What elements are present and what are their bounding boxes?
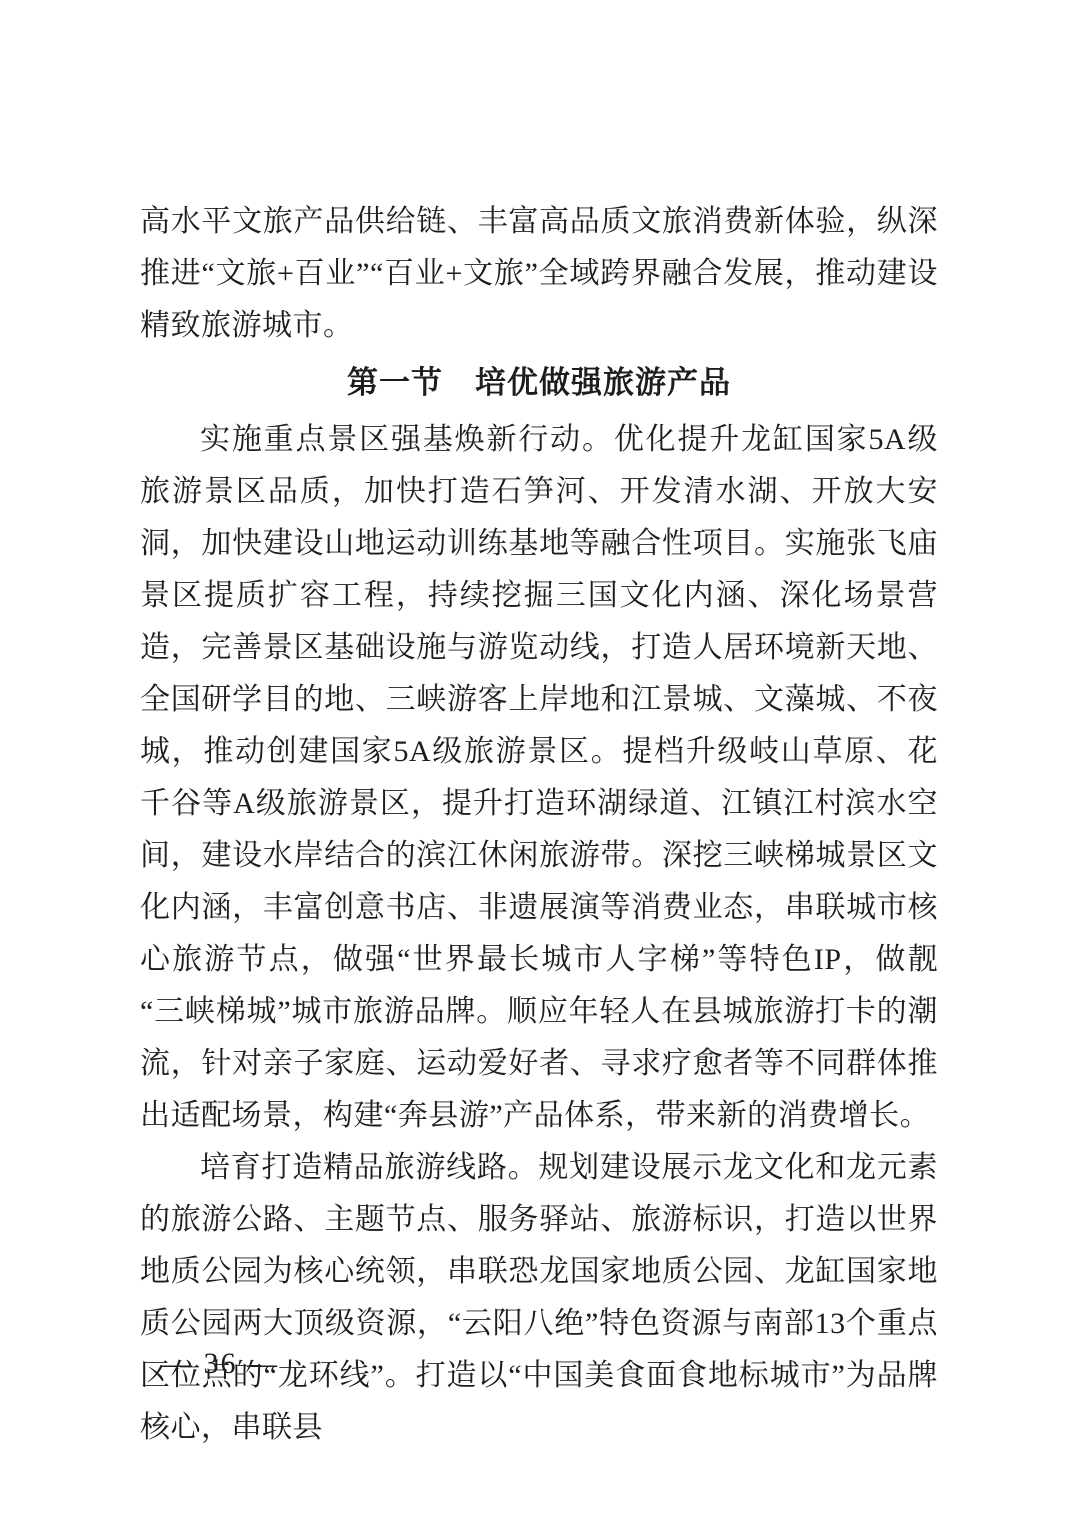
- page-number-footer: — 36 —: [162, 1342, 279, 1386]
- body-paragraph-2: 培育打造精品旅游线路。规划建设展示龙文化和龙元素的旅游公路、主题节点、服务驿站、…: [140, 1142, 938, 1454]
- section-heading: 第一节 培优做强旅游产品: [140, 354, 938, 412]
- document-page: 高水平文旅产品供给链、丰富高品质文旅消费新体验，纵深推进“文旅+百业”“百业+文…: [0, 0, 1074, 1520]
- body-paragraph-1: 实施重点景区强基焕新行动。优化提升龙缸国家5A级旅游景区品质，加快打造石笋河、开…: [140, 414, 938, 1142]
- document-text-block: 高水平文旅产品供给链、丰富高品质文旅消费新体验，纵深推进“文旅+百业”“百业+文…: [140, 196, 938, 1454]
- intro-paragraph: 高水平文旅产品供给链、丰富高品质文旅消费新体验，纵深推进“文旅+百业”“百业+文…: [140, 196, 938, 352]
